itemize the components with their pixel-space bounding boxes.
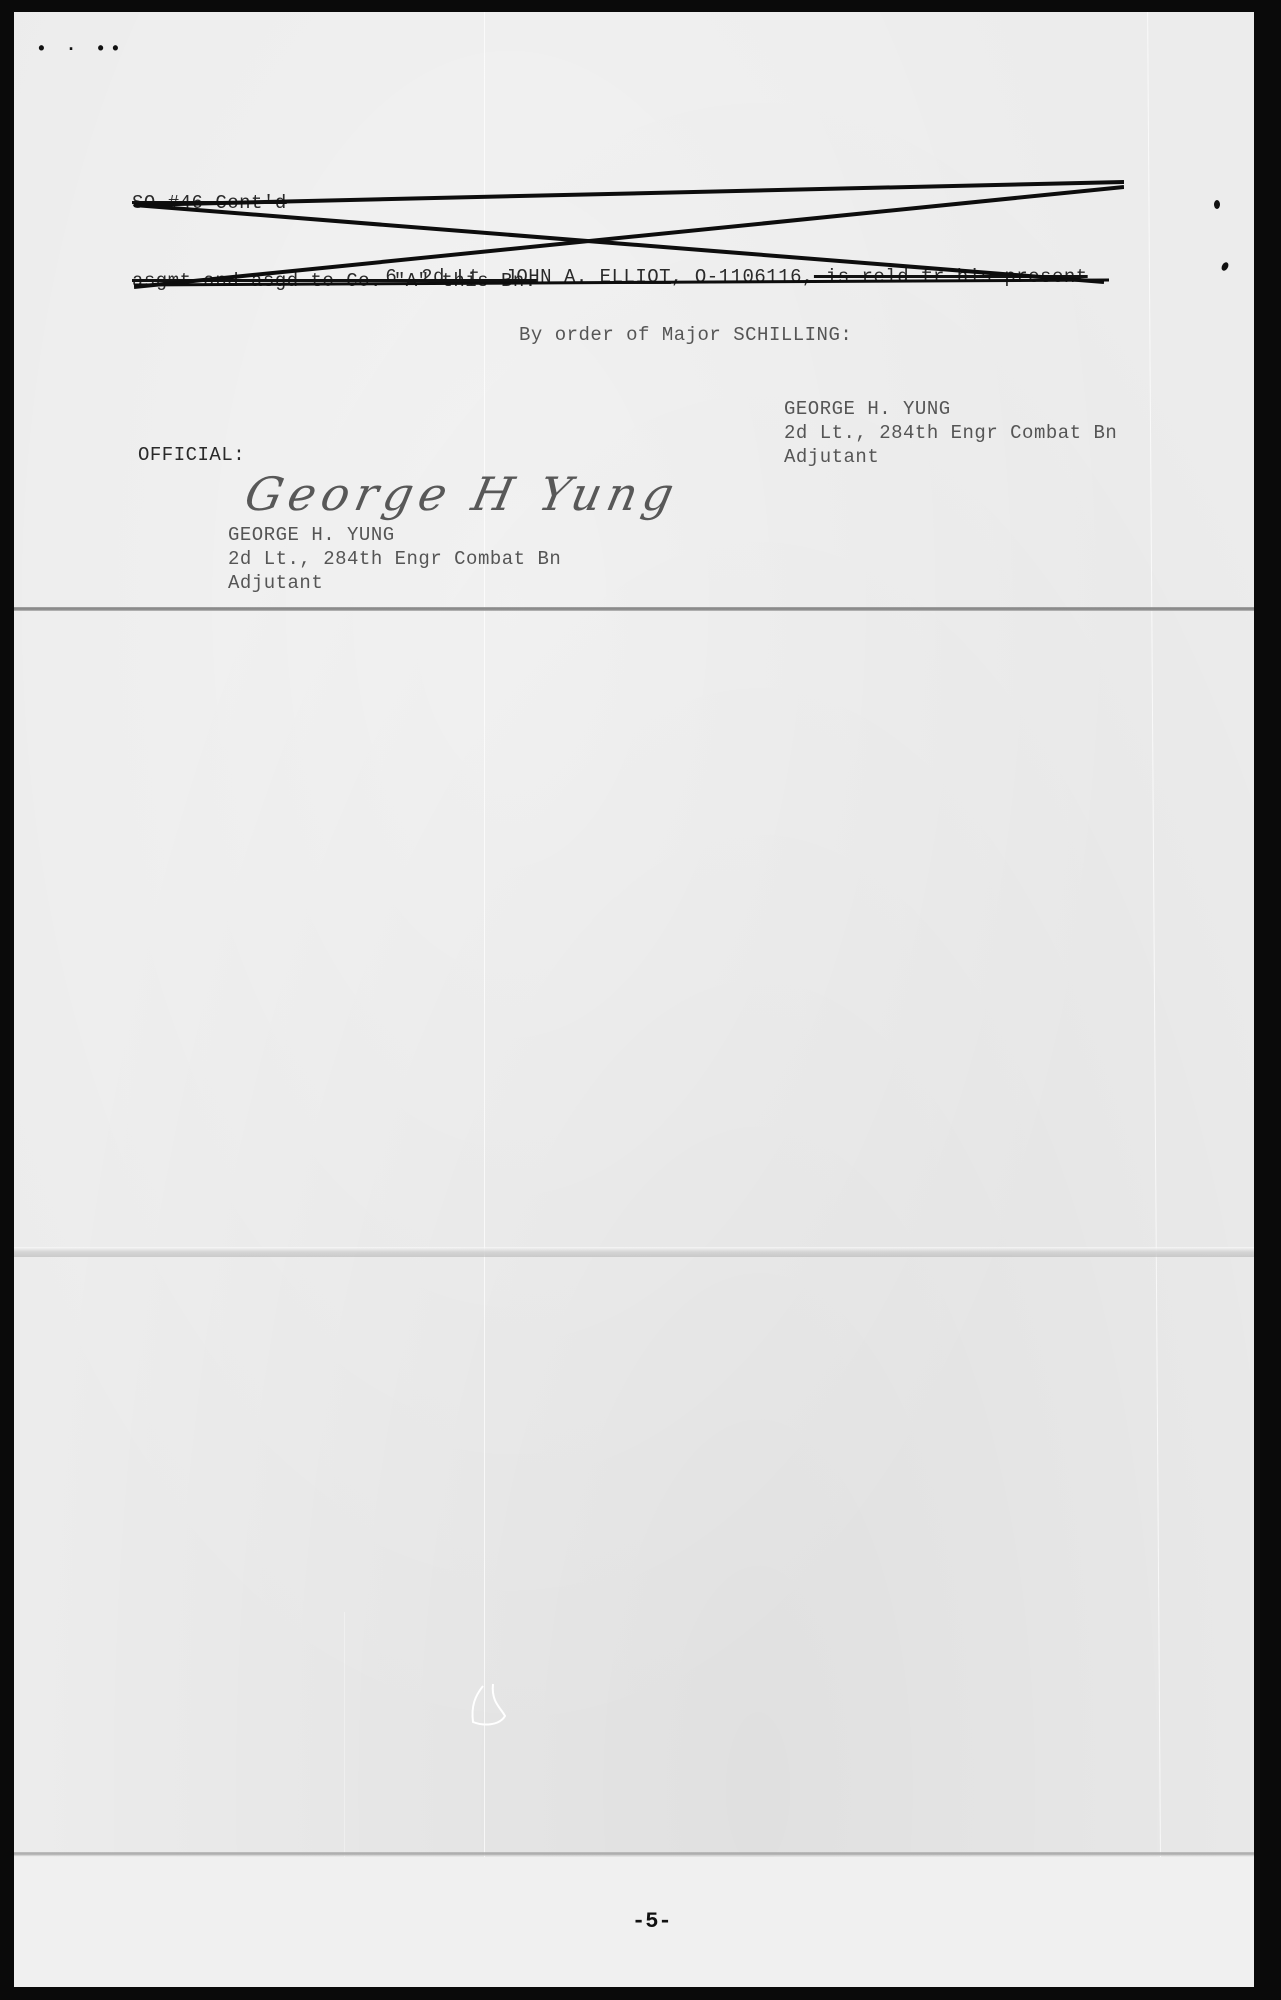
signer-name-right: GEORGE H. YUNG: [784, 398, 951, 420]
signer-name-left: GEORGE H. YUNG: [228, 524, 395, 546]
fold-line-upper: [14, 607, 1254, 611]
document-page: • · •• SO #46 Cont'd 6. 2d Lt. JOHN A. E…: [14, 12, 1254, 1987]
page-number: -5-: [632, 1909, 672, 1934]
margin-ink-dot: [1220, 261, 1230, 272]
paragraph-6-line-1-rest: is reld fr his present: [814, 266, 1088, 288]
margin-ink-dot: [1214, 200, 1220, 209]
handwritten-signature: George H Yung: [240, 467, 684, 521]
film-scratch: [1147, 12, 1162, 1987]
signer-rank-unit-left: 2d Lt., 284th Engr Combat Bn: [228, 548, 561, 570]
fold-line-middle: [14, 1247, 1254, 1257]
fold-line-lower: [14, 1852, 1254, 1856]
paragraph-6-line-2: asgmt and asgd to Co. "A" this Bn.: [132, 270, 537, 292]
officer-serial: , O-1106116,: [671, 266, 814, 288]
signer-title-left: Adjutant: [228, 572, 323, 594]
microfilm-frame: • · •• SO #46 Cont'd 6. 2d Lt. JOHN A. E…: [0, 0, 1281, 2000]
continuation-heading: SO #46 Cont'd: [132, 192, 287, 214]
official-label: OFFICIAL:: [138, 444, 245, 466]
authority-line: By order of Major SCHILLING:: [519, 324, 852, 346]
signer-title-right: Adjutant: [784, 446, 879, 468]
film-artifact-loop: [469, 1682, 509, 1730]
signer-rank-unit-right: 2d Lt., 284th Engr Combat Bn: [784, 422, 1117, 444]
header-ink-marks: • · ••: [36, 40, 125, 60]
